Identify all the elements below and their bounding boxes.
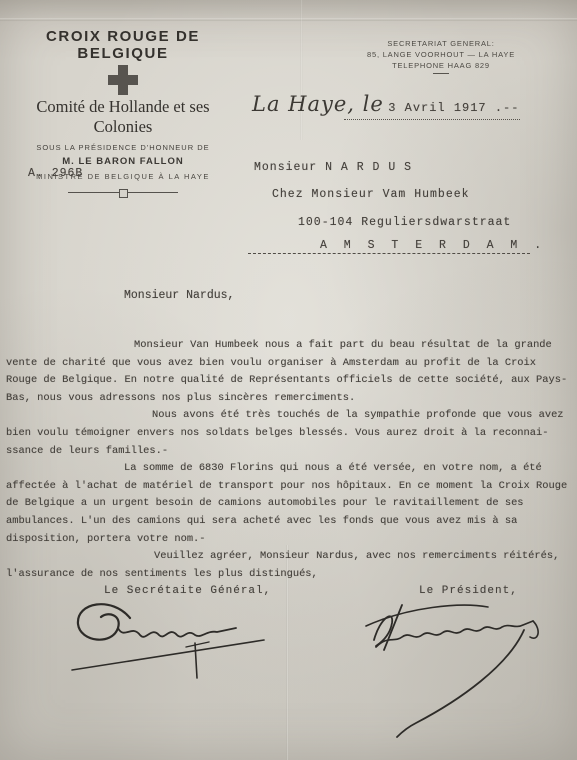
president-signature bbox=[336, 596, 577, 746]
paragraph-1: Monsieur Van Humbeek nous a fait part du… bbox=[6, 337, 573, 407]
committee-name: Comité de Hollande et ses Colonies bbox=[10, 97, 236, 137]
date-place: La Haye, le bbox=[252, 92, 384, 116]
recipient-care-of: Chez Monsieur Vam Humbeek bbox=[272, 188, 470, 201]
letter-document: CROIX ROUGE DE BELGIQUE Comité de Hollan… bbox=[0, 0, 577, 760]
secretariat-phone: TELEPHONE HAAG 829 bbox=[328, 60, 554, 71]
paragraph-4: Veuillez agréer, Monsieur Nardus, avec n… bbox=[6, 548, 573, 583]
recipient-name: Monsieur N A R D U S bbox=[254, 161, 412, 174]
salutation: Monsieur Nardus, bbox=[124, 289, 234, 302]
reference-number: A. 296B bbox=[28, 167, 83, 180]
paragraph-2: Nous avons été très touchés de la sympat… bbox=[6, 407, 573, 460]
secretary-signature bbox=[66, 602, 278, 684]
red-cross-icon bbox=[108, 65, 138, 95]
date-underline bbox=[344, 119, 520, 120]
president-signature-icon bbox=[336, 596, 577, 746]
secretariat-address: 85, LANGE VOORHOUT — LA HAYE bbox=[328, 49, 554, 60]
fold-crease-top bbox=[0, 18, 577, 21]
dateline: La Haye, le 3 Avril 1917 .-- bbox=[252, 92, 522, 116]
mini-rule bbox=[433, 73, 449, 74]
secretary-signature-icon bbox=[66, 602, 278, 684]
organization-name: CROIX ROUGE DE BELGIQUE bbox=[10, 28, 236, 62]
fold-crease-vertical-top bbox=[300, 0, 303, 140]
baron-name: M. LE BARON FALLON bbox=[10, 156, 236, 167]
recipient-city: A M S T E R D A M . bbox=[320, 239, 546, 252]
date-value: 3 Avril 1917 .-- bbox=[388, 101, 519, 115]
secretariat-block: SECRETARIAT GENERAL: 85, LANGE VOORHOUT … bbox=[328, 38, 554, 74]
secretary-title: Le Secrétaite Général, bbox=[104, 585, 271, 597]
city-underline bbox=[248, 253, 530, 254]
recipient-street: 100-104 Reguliersdwarstraat bbox=[298, 216, 511, 229]
divider-ornament bbox=[10, 188, 236, 197]
square-ornament-icon bbox=[119, 189, 128, 198]
presidence-line: SOUS LA PRÉSIDENCE D'HONNEUR DE bbox=[10, 143, 236, 152]
paragraph-3: La somme de 6830 Florins qui nous a été … bbox=[6, 460, 573, 548]
letter-body: Monsieur Van Humbeek nous a fait part du… bbox=[6, 337, 573, 583]
secretariat-title: SECRETARIAT GENERAL: bbox=[328, 38, 554, 49]
